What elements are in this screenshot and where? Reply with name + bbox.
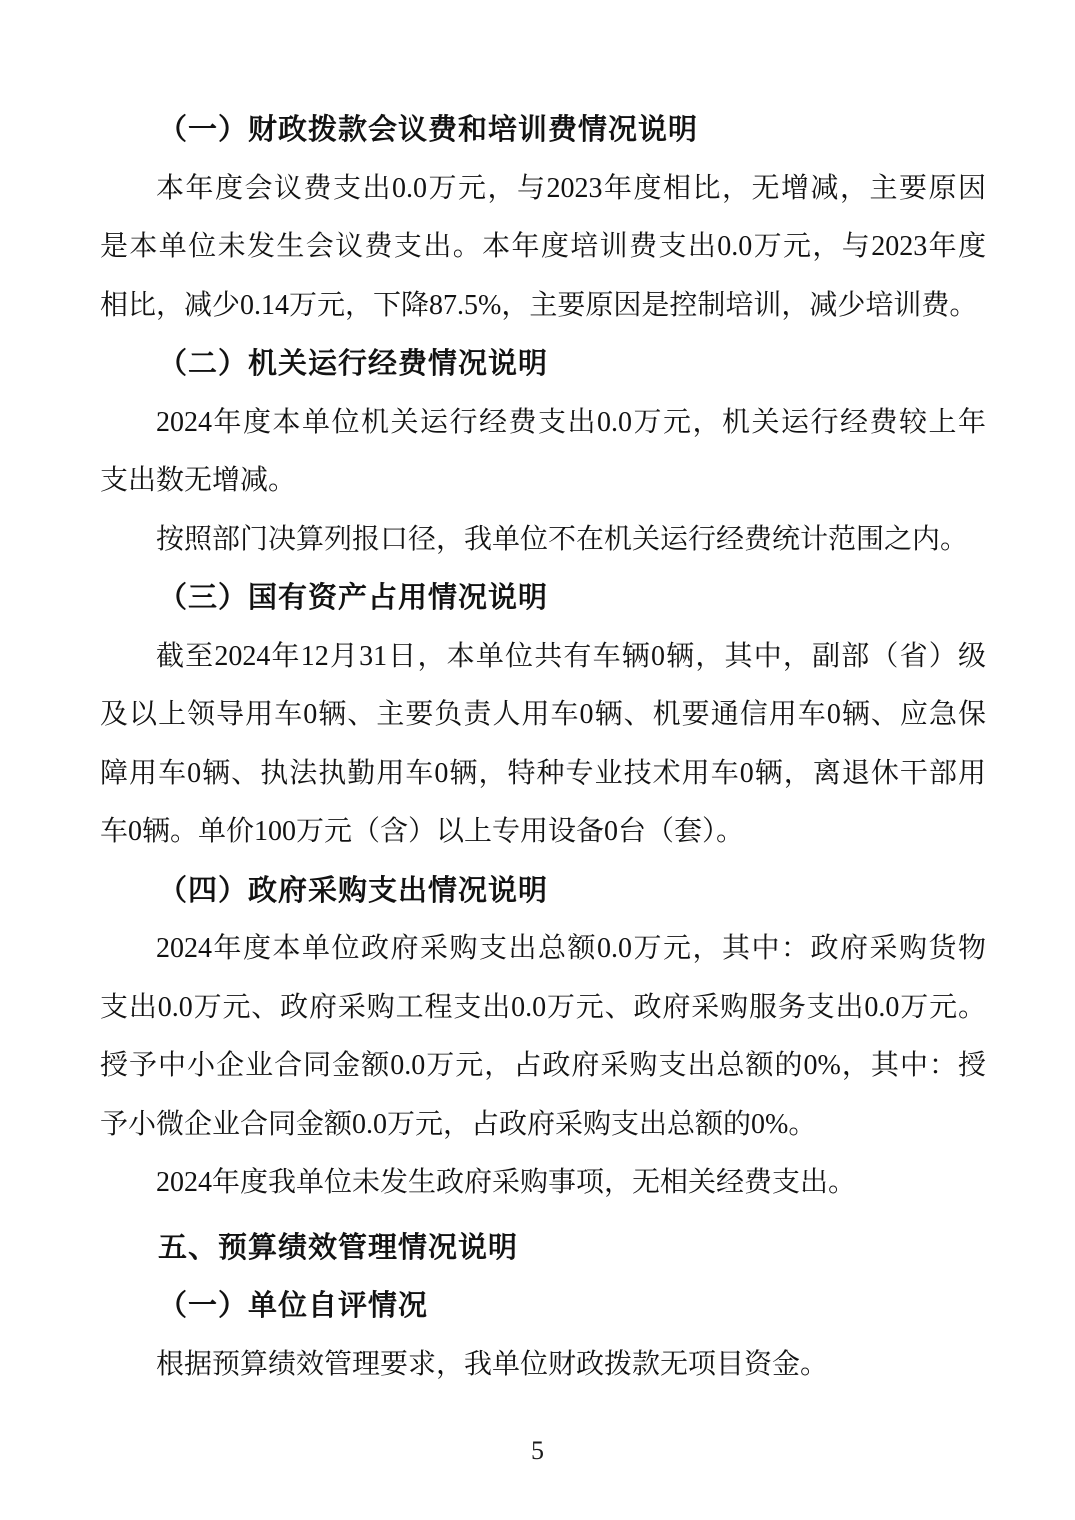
body-line: 予小微企业合同金额0.0万元，占政府采购支出总额的0%。	[100, 1096, 986, 1155]
section-heading-government-procurement: （四）政府采购支出情况说明	[100, 862, 986, 921]
document-page: （一）财政拨款会议费和培训费情况说明 本年度会议费支出0.0万元，与2023年度…	[0, 0, 1075, 1520]
body-line: 车0辆。单价100万元（含）以上专用设备0台（套）。	[100, 803, 986, 862]
body-line: 是本单位未发生会议费支出。本年度培训费支出0.0万元，与2023年度	[100, 218, 986, 277]
body-line: 支出0.0万元、政府采购工程支出0.0万元、政府采购服务支出0.0万元。	[100, 979, 986, 1038]
page-number: 5	[0, 1433, 1075, 1469]
section-heading-state-assets: （三）国有资产占用情况说明	[100, 569, 986, 628]
section-heading-operating-expenses: （二）机关运行经费情况说明	[100, 335, 986, 394]
body-line: 支出数无增减。	[100, 452, 986, 511]
body-line: 障用车0辆、执法执勤用车0辆，特种专业技术用车0辆，离退休干部用	[100, 745, 986, 804]
section-heading-budget-performance: 五、预算绩效管理情况说明	[100, 1219, 986, 1278]
body-line: 及以上领导用车0辆、主要负责人用车0辆、机要通信用车0辆、应急保	[100, 686, 986, 745]
body-line: 2024年度本单位机关运行经费支出0.0万元，机关运行经费较上年	[100, 394, 986, 453]
body-line: 按照部门决算列报口径，我单位不在机关运行经费统计范围之内。	[100, 511, 986, 570]
body-line: 本年度会议费支出0.0万元，与2023年度相比，无增减，主要原因	[100, 160, 986, 219]
section-heading-meeting-training-fees: （一）财政拨款会议费和培训费情况说明	[100, 101, 986, 160]
document-body: （一）财政拨款会议费和培训费情况说明 本年度会议费支出0.0万元，与2023年度…	[100, 101, 986, 1394]
body-line: 2024年度我单位未发生政府采购事项，无相关经费支出。	[100, 1154, 986, 1213]
body-line: 根据预算绩效管理要求，我单位财政拨款无项目资金。	[100, 1336, 986, 1395]
body-line: 截至2024年12月31日，本单位共有车辆0辆，其中，副部（省）级	[100, 628, 986, 687]
body-line: 相比，减少0.14万元，下降87.5%，主要原因是控制培训，减少培训费。	[100, 277, 986, 336]
body-line: 授予中小企业合同金额0.0万元，占政府采购支出总额的0%，其中：授	[100, 1037, 986, 1096]
section-heading-self-evaluation: （一）单位自评情况	[100, 1277, 986, 1336]
body-line: 2024年度本单位政府采购支出总额0.0万元，其中：政府采购货物	[100, 920, 986, 979]
